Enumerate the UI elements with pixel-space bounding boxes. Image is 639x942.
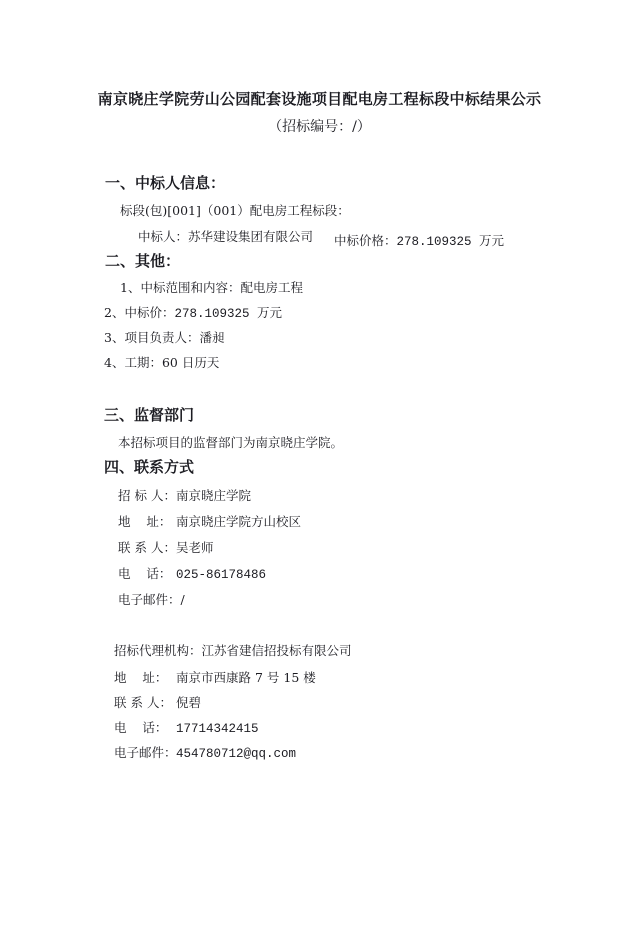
- item-label: 1、中标范围和内容：: [120, 280, 240, 295]
- agency-name-row: 招标代理机构：江苏省建信招投标有限公司: [114, 641, 352, 659]
- item-value: 60 日历天: [162, 355, 219, 370]
- winner-label: 中标人：: [138, 229, 188, 244]
- contact-value: 倪碧: [176, 695, 201, 710]
- tenderer-phone-row: 电 话：025-86178486: [118, 564, 266, 582]
- tenderer-address-row: 地 址：南京晓庄学院方山校区: [118, 512, 301, 530]
- contact-label: 电子邮件：: [114, 743, 176, 761]
- price-value: 278.109325 万元: [397, 235, 505, 249]
- item-value: 配电房工程: [240, 280, 303, 295]
- item-value: 278.109325 万元: [174, 307, 282, 321]
- tenderer-name-row: 招 标 人：南京晓庄学院: [118, 486, 251, 504]
- contact-label: 电 话：: [114, 718, 176, 736]
- item-label: 4、工期：: [104, 355, 162, 370]
- section-contact-heading: 四、联系方式: [104, 456, 194, 477]
- agency-email-row: 电子邮件：454780712@qq.com: [114, 743, 296, 761]
- other-item-manager: 3、项目负责人：潘昶: [104, 328, 224, 346]
- tenderer-contact-row: 联 系 人：吴老师: [118, 538, 214, 556]
- contact-label: 招标代理机构：: [114, 643, 202, 658]
- contact-label: 电 话：: [118, 564, 176, 582]
- price-label: 中标价格：: [334, 233, 397, 248]
- item-label: 3、项目负责人：: [104, 330, 199, 345]
- contact-label: 地 址：: [118, 512, 176, 530]
- contact-value: 025-86178486: [176, 568, 266, 582]
- document-title: 南京晓庄学院劳山公园配套设施项目配电房工程标段中标结果公示: [0, 88, 639, 109]
- other-item-price: 2、中标价：278.109325 万元: [104, 303, 282, 321]
- item-label: 2、中标价：: [104, 305, 174, 320]
- contact-value: 南京晓庄学院方山校区: [176, 514, 301, 529]
- winner-row: 中标人：苏华建设集团有限公司: [138, 227, 313, 245]
- lot-label: 标段(包)[001]（001）配电房工程标段：: [120, 201, 350, 219]
- contact-label: 招 标 人：: [118, 486, 176, 504]
- other-item-duration: 4、工期：60 日历天: [104, 353, 219, 371]
- section-other-heading: 二、其他：: [105, 250, 180, 271]
- contact-label: 联 系 人：: [118, 538, 176, 556]
- tender-number: （招标编号：/）: [0, 116, 639, 136]
- agency-phone-row: 电 话：17714342415: [114, 718, 259, 736]
- contact-value: /: [181, 592, 185, 607]
- other-item-scope: 1、中标范围和内容：配电房工程: [120, 278, 303, 296]
- section-winner-info-heading: 一、中标人信息：: [105, 172, 225, 193]
- agency-contact-row: 联 系 人：倪碧: [114, 693, 201, 711]
- price-row: 中标价格：278.109325 万元: [334, 231, 504, 249]
- winner-value: 苏华建设集团有限公司: [188, 229, 313, 244]
- contact-label: 电子邮件：: [118, 592, 181, 607]
- contact-value: 17714342415: [176, 722, 259, 736]
- contact-label: 地 址：: [114, 668, 176, 686]
- section-supervision-heading: 三、监督部门: [104, 404, 194, 425]
- supervision-text: 本招标项目的监督部门为南京晓庄学院。: [118, 433, 343, 451]
- contact-label: 联 系 人：: [114, 693, 176, 711]
- tenderer-email-row: 电子邮件：/: [118, 590, 185, 608]
- contact-value: 江苏省建信招投标有限公司: [202, 643, 352, 658]
- contact-value: 南京晓庄学院: [176, 488, 251, 503]
- contact-value: 南京市西康路 7 号 15 楼: [176, 670, 316, 685]
- contact-value: 454780712@qq.com: [176, 747, 296, 761]
- item-value: 潘昶: [199, 330, 224, 345]
- agency-address-row: 地 址：南京市西康路 7 号 15 楼: [114, 668, 316, 686]
- contact-value: 吴老师: [176, 540, 214, 555]
